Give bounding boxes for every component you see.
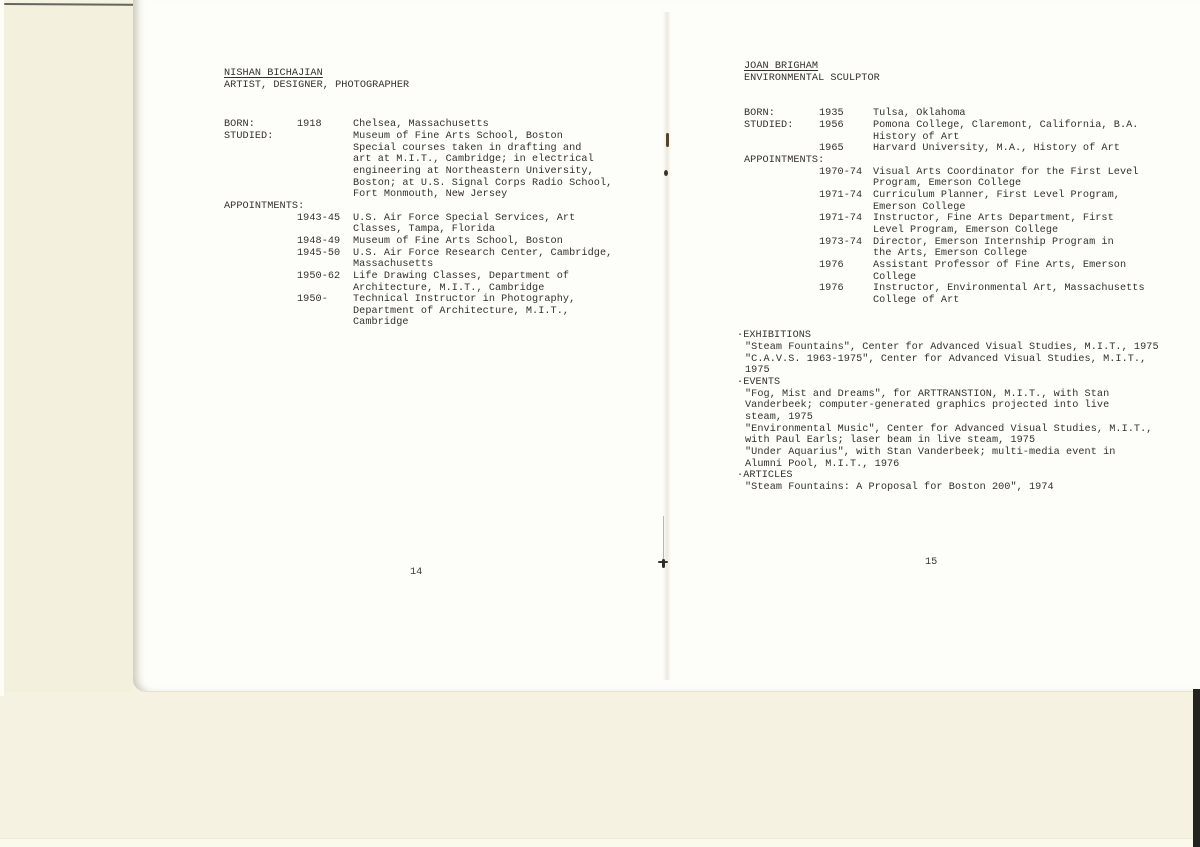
studied-year: 1965 <box>819 143 873 155</box>
section-title: EXHIBITIONS <box>743 330 811 342</box>
appointment-row: 1976 Assistant Professor of Fine Arts, E… <box>744 260 1179 283</box>
scanned-book-spread: NISHAN BICHAJIAN ARTIST, DESIGNER, PHOTO… <box>0 0 1200 847</box>
appointment-description: Assistant Professor of Fine Arts, Emerso… <box>873 260 1126 283</box>
born-place: Tulsa, Oklahoma <box>873 108 966 120</box>
appointment-description: Instructor, Fine Arts Department, First … <box>873 213 1114 236</box>
page-right-content: JOAN BRIGHAM ENVIRONMENTAL SCULPTOR BORN… <box>744 61 1179 494</box>
works-sections: · EXHIBITIONS "Steam Fountains", Center … <box>737 330 1179 493</box>
appointments-label: APPOINTMENTS: <box>744 155 824 167</box>
section-heading-exhibitions: · EXHIBITIONS <box>737 330 1179 342</box>
appointment-years: 1950- <box>297 294 353 306</box>
gutter-mark <box>662 559 665 568</box>
section-heading-events: · EVENTS <box>737 377 1179 389</box>
artist-name-right: JOAN BRIGHAM <box>744 61 1179 73</box>
appointment-years: 1973-74 <box>819 237 873 249</box>
appointment-description: Life Drawing Classes, Department of Arch… <box>353 271 569 294</box>
appointment-years: 1971-74 <box>819 213 873 225</box>
appointment-row: 1943-45 U.S. Air Force Special Services,… <box>224 213 659 236</box>
page-number-right: 15 <box>925 557 937 568</box>
appointment-description: Technical Instructor in Photography, Dep… <box>353 294 575 329</box>
appointment-description: Visual Arts Coordinator for the First Le… <box>873 167 1138 190</box>
studied-year: 1956 <box>819 120 873 132</box>
artist-role-left: ARTIST, DESIGNER, PHOTOGRAPHER <box>224 80 659 92</box>
studied-description: Harvard University, M.A., History of Art <box>873 143 1120 155</box>
appointment-years: 1943-45 <box>297 213 353 225</box>
scan-dark-edge <box>1193 689 1200 847</box>
appointment-description: Curriculum Planner, First Level Program,… <box>873 190 1120 213</box>
studied-description: Museum of Fine Arts School, Boston Speci… <box>353 131 612 201</box>
page-stack-edge <box>4 3 134 692</box>
appointment-row: 1976 Instructor, Environmental Art, Mass… <box>744 283 1179 306</box>
born-place: Chelsea, Massachusetts <box>353 119 489 131</box>
scanner-bottom-strip <box>0 838 1200 847</box>
appointment-years: 1976 <box>819 283 873 295</box>
studied-row: 1965 Harvard University, M.A., History o… <box>744 143 1179 155</box>
ink-speck <box>666 133 669 147</box>
born-year: 1918 <box>297 119 353 131</box>
appointment-description: Museum of Fine Arts School, Boston <box>353 236 563 248</box>
born-row: BORN: 1935 Tulsa, Oklahoma <box>744 108 1179 120</box>
section-body-events: "Fog, Mist and Dreams", for ARTTRANSTION… <box>745 389 1179 471</box>
artist-role-right: ENVIRONMENTAL SCULPTOR <box>744 73 1179 85</box>
ink-speck <box>664 170 668 176</box>
born-year: 1935 <box>819 108 873 120</box>
appointments-header-row: APPOINTMENTS: <box>744 155 1179 167</box>
appointment-row: 1945-50 U.S. Air Force Research Center, … <box>224 248 659 271</box>
appointment-row: 1950-62 Life Drawing Classes, Department… <box>224 271 659 294</box>
studied-row: STUDIED: Museum of Fine Arts School, Bos… <box>224 131 659 201</box>
appointment-years: 1971-74 <box>819 190 873 202</box>
appointment-row: 1971-74 Curriculum Planner, First Level … <box>744 190 1179 213</box>
book-gutter-shadow <box>663 12 671 680</box>
born-label: BORN: <box>744 108 819 120</box>
appointment-row: 1948-49 Museum of Fine Arts School, Bost… <box>224 236 659 248</box>
appointment-years: 1970-74 <box>819 167 873 179</box>
studied-row: STUDIED: 1956 Pomona College, Claremont,… <box>744 120 1179 143</box>
appointment-years: 1948-49 <box>297 236 353 248</box>
biography-right: BORN: 1935 Tulsa, Oklahoma STUDIED: 1956… <box>744 108 1179 306</box>
born-row: BORN: 1918 Chelsea, Massachusetts <box>224 119 659 131</box>
appointment-description: U.S. Air Force Special Services, Art Cla… <box>353 213 575 236</box>
appointment-row: 1973-74 Director, Emerson Internship Pro… <box>744 237 1179 260</box>
appointment-row: 1971-74 Instructor, Fine Arts Department… <box>744 213 1179 236</box>
appointment-years: 1950-62 <box>297 271 353 283</box>
appointment-description: U.S. Air Force Research Center, Cambridg… <box>353 248 612 271</box>
studied-label: STUDIED: <box>744 120 819 132</box>
born-label: BORN: <box>224 119 297 131</box>
appointment-row: 1970-74 Visual Arts Coordinator for the … <box>744 167 1179 190</box>
appointments-header-row: APPOINTMENTS: <box>224 201 659 213</box>
studied-description: Pomona College, Claremont, California, B… <box>873 120 1138 143</box>
appointment-years: 1945-50 <box>297 248 353 260</box>
section-title: ARTICLES <box>743 470 792 482</box>
section-heading-articles: · ARTICLES <box>737 470 1179 482</box>
section-body-exhibitions: "Steam Fountains", Center for Advanced V… <box>745 342 1179 377</box>
appointment-row: 1950- Technical Instructor in Photograph… <box>224 294 659 329</box>
section-title: EVENTS <box>743 377 780 389</box>
appointments-label: APPOINTMENTS: <box>224 201 304 213</box>
biography-left: BORN: 1918 Chelsea, Massachusetts STUDIE… <box>224 119 659 329</box>
page-number-left: 14 <box>410 567 422 578</box>
studied-label: STUDIED: <box>224 131 297 143</box>
appointment-years: 1976 <box>819 260 873 272</box>
gutter-mark <box>663 516 664 560</box>
appointment-description: Instructor, Environmental Art, Massachus… <box>873 283 1145 306</box>
appointment-description: Director, Emerson Internship Program in … <box>873 237 1114 260</box>
page-left-content: NISHAN BICHAJIAN ARTIST, DESIGNER, PHOTO… <box>224 68 659 329</box>
section-body-articles: "Steam Fountains: A Proposal for Boston … <box>745 482 1179 494</box>
artist-name-left: NISHAN BICHAJIAN <box>224 68 659 80</box>
